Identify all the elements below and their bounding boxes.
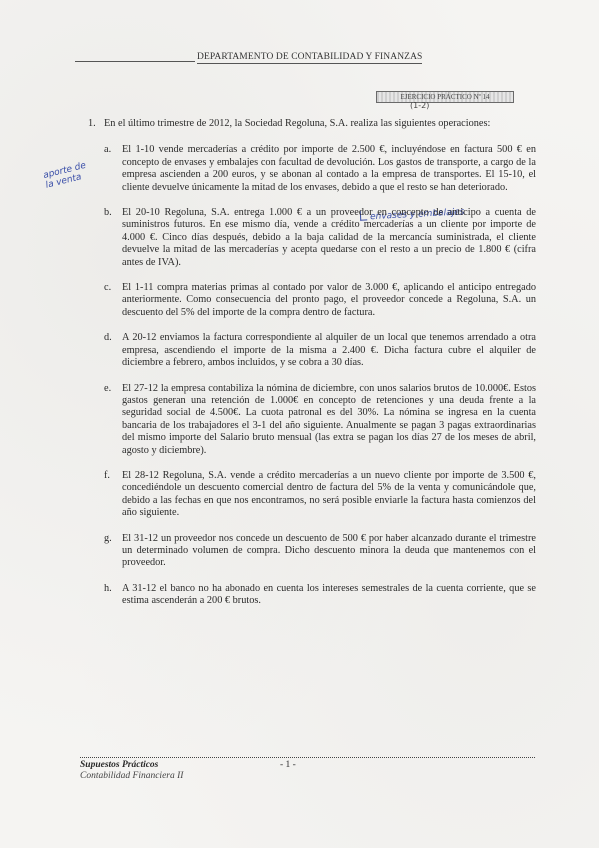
operation-item-e: e. El 27-12 la empresa contabiliza la nó… — [104, 383, 536, 457]
stamp-note: (1-2) — [410, 101, 429, 110]
operation-item-h: h. A 31-12 el banco no ha abonado en cue… — [104, 583, 536, 608]
item-text: El 31-12 un proveedor nos concede un des… — [122, 533, 536, 570]
page-header: DEPARTAMENTO DE CONTABILIDAD Y FINANZAS — [75, 50, 535, 64]
item-text: El 20-10 Regoluna, S.A. entrega 1.000 € … — [122, 207, 536, 269]
footer-row: Supuestos Prácticos - 1 - — [80, 760, 535, 771]
department-title: DEPARTAMENTO DE CONTABILIDAD Y FINANZAS — [197, 52, 422, 64]
item-letter: c. — [104, 282, 122, 319]
operation-item-c: c. El 1-11 compra materias primas al con… — [104, 282, 536, 319]
item-letter: f. — [104, 470, 122, 520]
item-text: El 1-10 vende mercaderías a crédito por … — [122, 144, 536, 194]
page-number: - 1 - — [280, 760, 296, 771]
item-letter: g. — [104, 533, 122, 570]
item-letter: d. — [104, 332, 122, 369]
item-text: El 28-12 Regoluna, S.A. vende a crédito … — [122, 470, 536, 520]
item-letter: h. — [104, 583, 122, 608]
operations-list: a. El 1-10 vende mercaderías a crédito p… — [88, 144, 536, 607]
footer-subtitle: Contabilidad Financiera II — [80, 771, 535, 781]
item-letter: a. — [104, 144, 122, 194]
operation-item-g: g. El 31-12 un proveedor nos concede un … — [104, 533, 536, 570]
exercise-stamp: EJERCICIO PRÁCTICO Nº 14 — [376, 91, 514, 103]
page-footer: Supuestos Prácticos - 1 - Contabilidad F… — [80, 757, 535, 781]
operation-item-f: f. El 28-12 Regoluna, S.A. vende a crédi… — [104, 470, 536, 520]
item-text: A 20-12 enviamos la factura correspondie… — [122, 332, 536, 369]
exercise-number: 1. — [88, 118, 104, 130]
operation-item-a: a. El 1-10 vende mercaderías a crédito p… — [104, 144, 536, 194]
header-rule — [75, 60, 195, 62]
item-letter: b. — [104, 207, 122, 269]
item-letter: e. — [104, 383, 122, 457]
exercise-content: 1. En el último trimestre de 2012, la So… — [88, 118, 536, 621]
exercise-intro-text: En el último trimestre de 2012, la Socie… — [104, 118, 536, 130]
operation-item-b: b. El 20-10 Regoluna, S.A. entrega 1.000… — [104, 207, 536, 269]
item-text: El 1-11 compra materias primas al contad… — [122, 282, 536, 319]
footer-title: Supuestos Prácticos — [80, 760, 280, 771]
scanned-page: DEPARTAMENTO DE CONTABILIDAD Y FINANZAS … — [0, 0, 599, 848]
operation-item-d: d. A 20-12 enviamos la factura correspon… — [104, 332, 536, 369]
item-text: El 27-12 la empresa contabiliza la nómin… — [122, 383, 536, 457]
item-text: A 31-12 el banco no ha abonado en cuenta… — [122, 583, 536, 608]
exercise-intro: 1. En el último trimestre de 2012, la So… — [88, 118, 536, 130]
